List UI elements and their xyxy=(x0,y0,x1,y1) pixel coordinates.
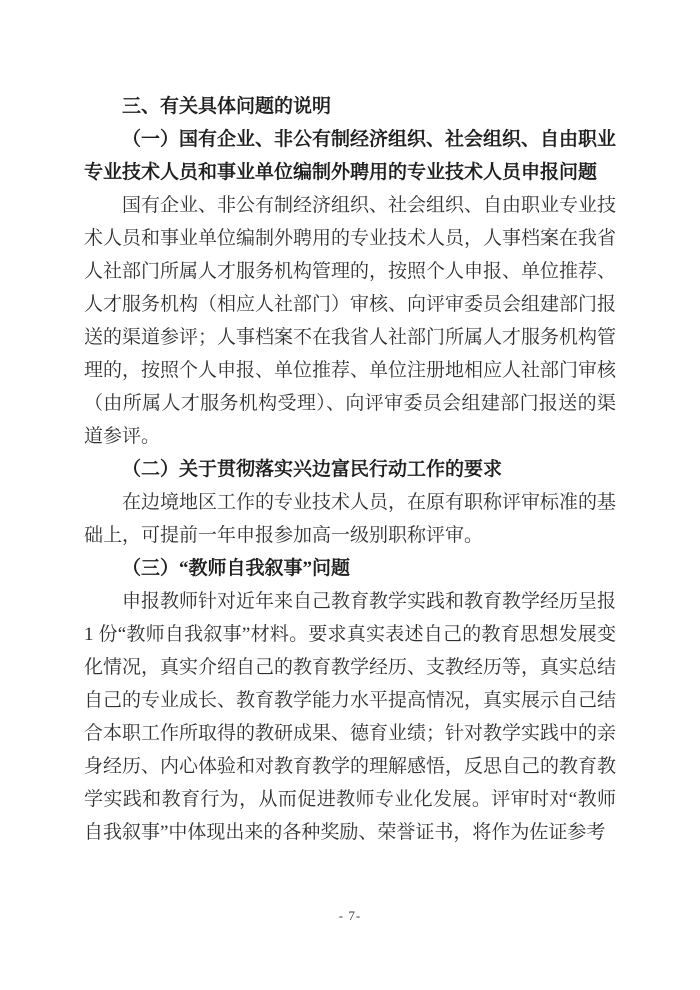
page-number: - 7- xyxy=(0,908,700,924)
paragraph-1: 国有企业、非公有制经济组织、社会组织、自由职业专业技术人员和事业单位编制外聘用的… xyxy=(84,189,616,453)
paragraph-2: 在边境地区工作的专业技术人员，在原有职称评审标准的基础上，可提前一年申报参加高一… xyxy=(84,486,616,552)
subsection-heading-3: （三）“教师自我叙事”问题 xyxy=(84,552,616,585)
document-page: 三、有关具体问题的说明 （一）国有企业、非公有制经济组织、社会组织、自由职业专业… xyxy=(0,0,700,990)
subsection-heading-2: （二）关于贯彻落实兴边富民行动工作的要求 xyxy=(84,453,616,486)
paragraph-3: 申报教师针对近年来自己教育教学实践和教育教学经历呈报1 份“教师自我叙事”材料。… xyxy=(84,585,616,849)
subsection-heading-1: （一）国有企业、非公有制经济组织、社会组织、自由职业专业技术人员和事业单位编制外… xyxy=(84,123,616,189)
document-body: 三、有关具体问题的说明 （一）国有企业、非公有制经济组织、社会组织、自由职业专业… xyxy=(84,90,616,849)
section-heading: 三、有关具体问题的说明 xyxy=(84,90,616,123)
